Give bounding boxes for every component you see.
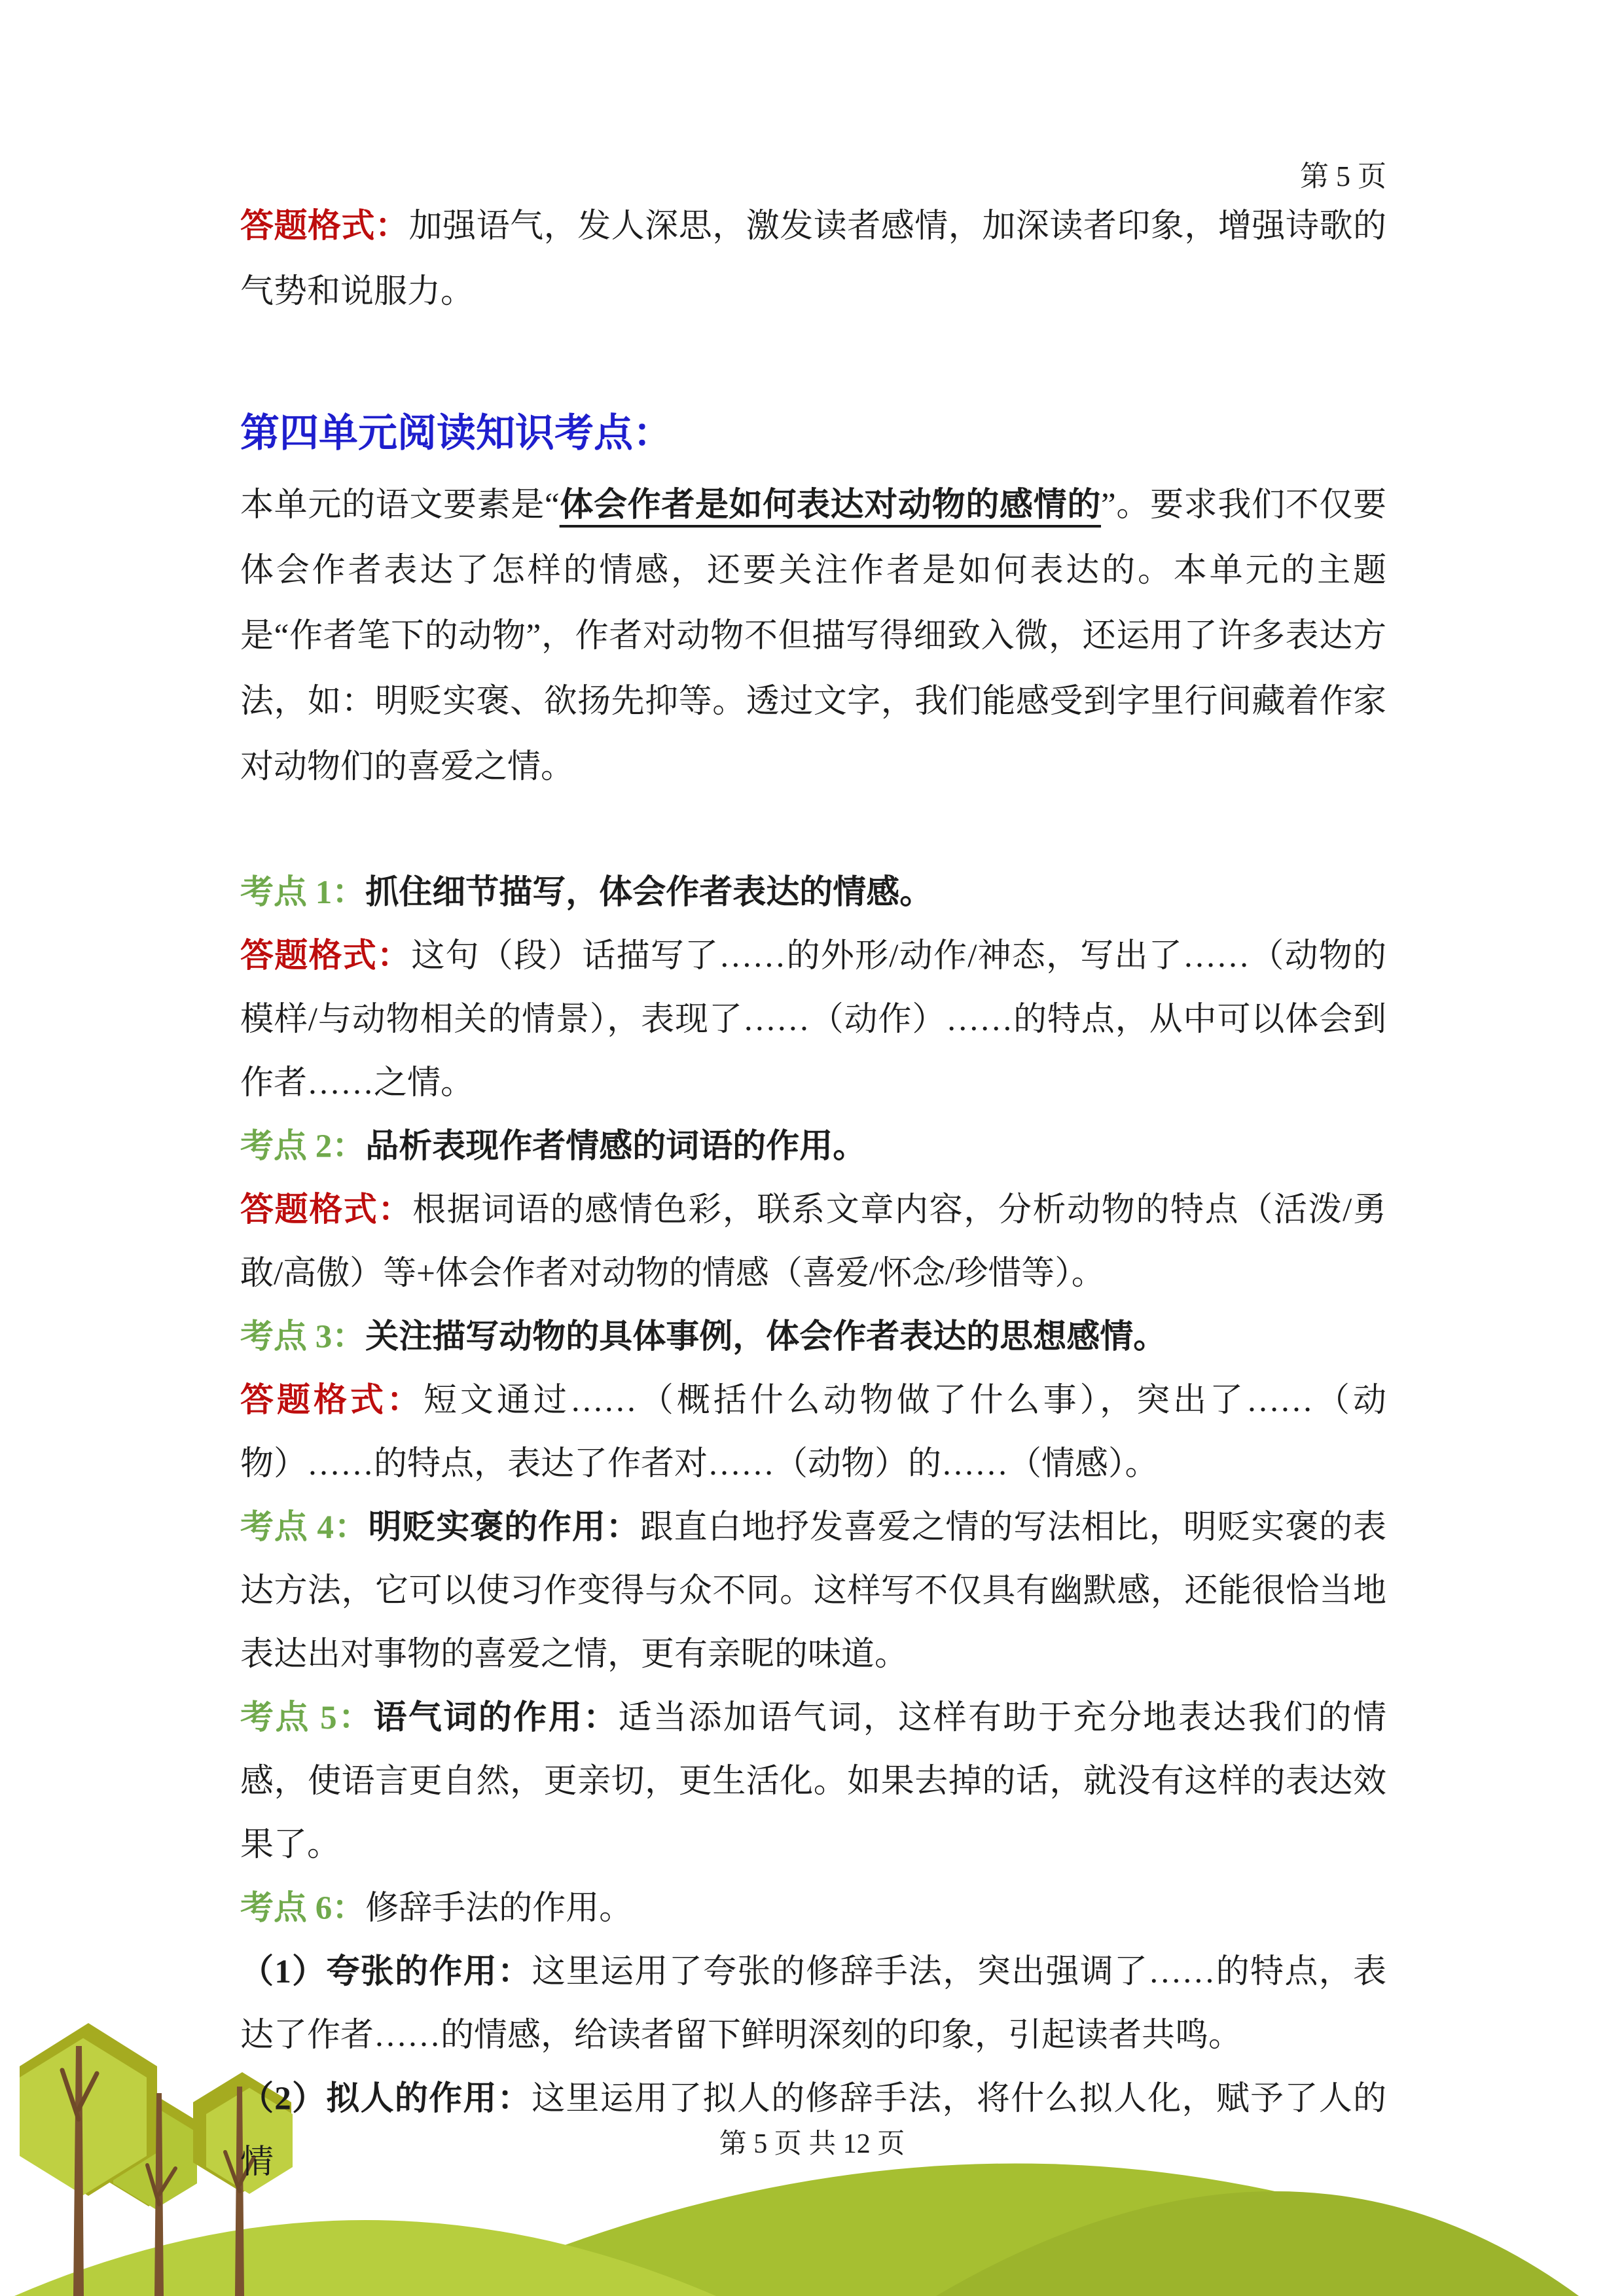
footer-page-number: 第 5 页 共 12 页: [0, 2127, 1624, 2161]
point-2-answer-text: 根据词语的感情色彩，联系文章内容，分析动物的特点（活泼/勇敢/高傲）等+体会作者…: [240, 1192, 1386, 1292]
point-5-title-text: 语气词的作用：: [373, 1700, 618, 1736]
document-page: 第 5 页 答题格式：加强语气，发人深思，激发读者感情，加深读者印象，增强诗歌的…: [0, 0, 1624, 2296]
point-6-label: 考点 6：: [240, 1890, 365, 1927]
section-overview-paragraph: 本单元的语文要素是“体会作者是如何表达对动物的感情的”。要求我们不仅要体会作者表…: [240, 473, 1386, 800]
overview-pre: 本单元的语文要素是“: [240, 487, 560, 524]
tree-canopy-left: [20, 2023, 157, 2196]
point-5-label: 考点 5：: [240, 1700, 373, 1736]
point-1-answer-text: 这句（段）话描写了……的外形/动作/神态，写出了……（动物的模样/与动物相关的情…: [240, 938, 1386, 1102]
point-1-answer: 答题格式：这句（段）话描写了……的外形/动作/神态，写出了……（动物的模样/与动…: [240, 925, 1386, 1115]
small-hill: [14, 2220, 716, 2296]
point-1-answer-label: 答题格式：: [240, 938, 411, 975]
point-4-label: 考点 4：: [240, 1509, 369, 1546]
point-4-title-text: 明贬实褒的作用：: [369, 1509, 640, 1546]
point-3-title-text: 关注描写动物的具体事例，体会作者表达的思想感情。: [365, 1319, 1166, 1355]
point-3-answer-label: 答题格式：: [240, 1382, 424, 1419]
point-2-title: 考点 2：品析表现作者情感的词语的作用。: [240, 1115, 1386, 1179]
overview-highlight: 体会作者是如何表达对动物的感情的: [560, 487, 1101, 524]
point-3-answer: 答题格式：短文通过……（概括什么动物做了什么事），突出了……（动物）……的特点，…: [240, 1369, 1386, 1496]
intro-answer-text: 加强语气，发人深思，激发读者感情，加深读者印象，增强诗歌的气势和说服力。: [240, 208, 1386, 310]
point-6-text: 修辞手法的作用。: [365, 1890, 632, 1927]
exam-points-block: 考点 1：抓住细节描写，体会作者表达的情感。 答题格式：这句（段）话描写了……的…: [240, 861, 1386, 2195]
big-hill-shade: [936, 2191, 1579, 2296]
tree-trunk-middle: [147, 2093, 175, 2296]
point-4-paragraph: 考点 4：明贬实褒的作用：跟直白地抒发喜爱之情的写法相比，明贬实褒的表达方法，它…: [240, 1496, 1386, 1687]
intro-answer-line: 答题格式：加强语气，发人深思，激发读者感情，加深读者印象，增强诗歌的气势和说服力…: [240, 194, 1386, 325]
point-3-title: 考点 3：关注描写动物的具体事例，体会作者表达的思想感情。: [240, 1306, 1386, 1369]
overview-post: ”。要求我们不仅要体会作者表达了怎样的情感，还要关注作者是如何表达的。本单元的主…: [240, 487, 1386, 785]
point-6-paragraph: 考点 6：修辞手法的作用。: [240, 1877, 1386, 1941]
header-page-number: 第 5 页: [240, 157, 1386, 196]
point-3-label: 考点 3：: [240, 1319, 365, 1355]
point-2-answer-label: 答题格式：: [240, 1192, 412, 1229]
section-overview: 本单元的语文要素是“体会作者是如何表达对动物的感情的”。要求我们不仅要体会作者表…: [240, 473, 1386, 800]
sub-point-1-paragraph: （1）夸张的作用：这里运用了夸张的修辞手法，突出强调了……的特点，表达了作者………: [240, 1941, 1386, 2068]
point-2-label: 考点 2：: [240, 1128, 365, 1165]
point-2-answer: 答题格式：根据词语的感情色彩，联系文章内容，分析动物的特点（活泼/勇敢/高傲）等…: [240, 1179, 1386, 1306]
answer-format-label: 答题格式：: [240, 208, 409, 245]
tree-trunk-left: [62, 2046, 97, 2296]
sub-point-1-title: （1）夸张的作用：: [240, 1954, 532, 1990]
point-5-paragraph: 考点 5：语气词的作用：适当添加语气词，这样有助于充分地表达我们的情感，使语言更…: [240, 1687, 1386, 1877]
section-title: 第四单元阅读知识考点：: [240, 401, 1386, 466]
point-2-title-text: 品析表现作者情感的词语的作用。: [365, 1128, 866, 1165]
point-1-title-text: 抓住细节描写，体会作者表达的情感。: [365, 874, 933, 911]
point-1-title: 考点 1：抓住细节描写，体会作者表达的情感。: [240, 861, 1386, 925]
intro-paragraph: 答题格式：加强语气，发人深思，激发读者感情，加深读者印象，增强诗歌的气势和说服力…: [240, 194, 1386, 325]
point-1-label: 考点 1：: [240, 874, 365, 911]
sub-point-2-title: （2）拟人的作用：: [240, 2081, 532, 2117]
